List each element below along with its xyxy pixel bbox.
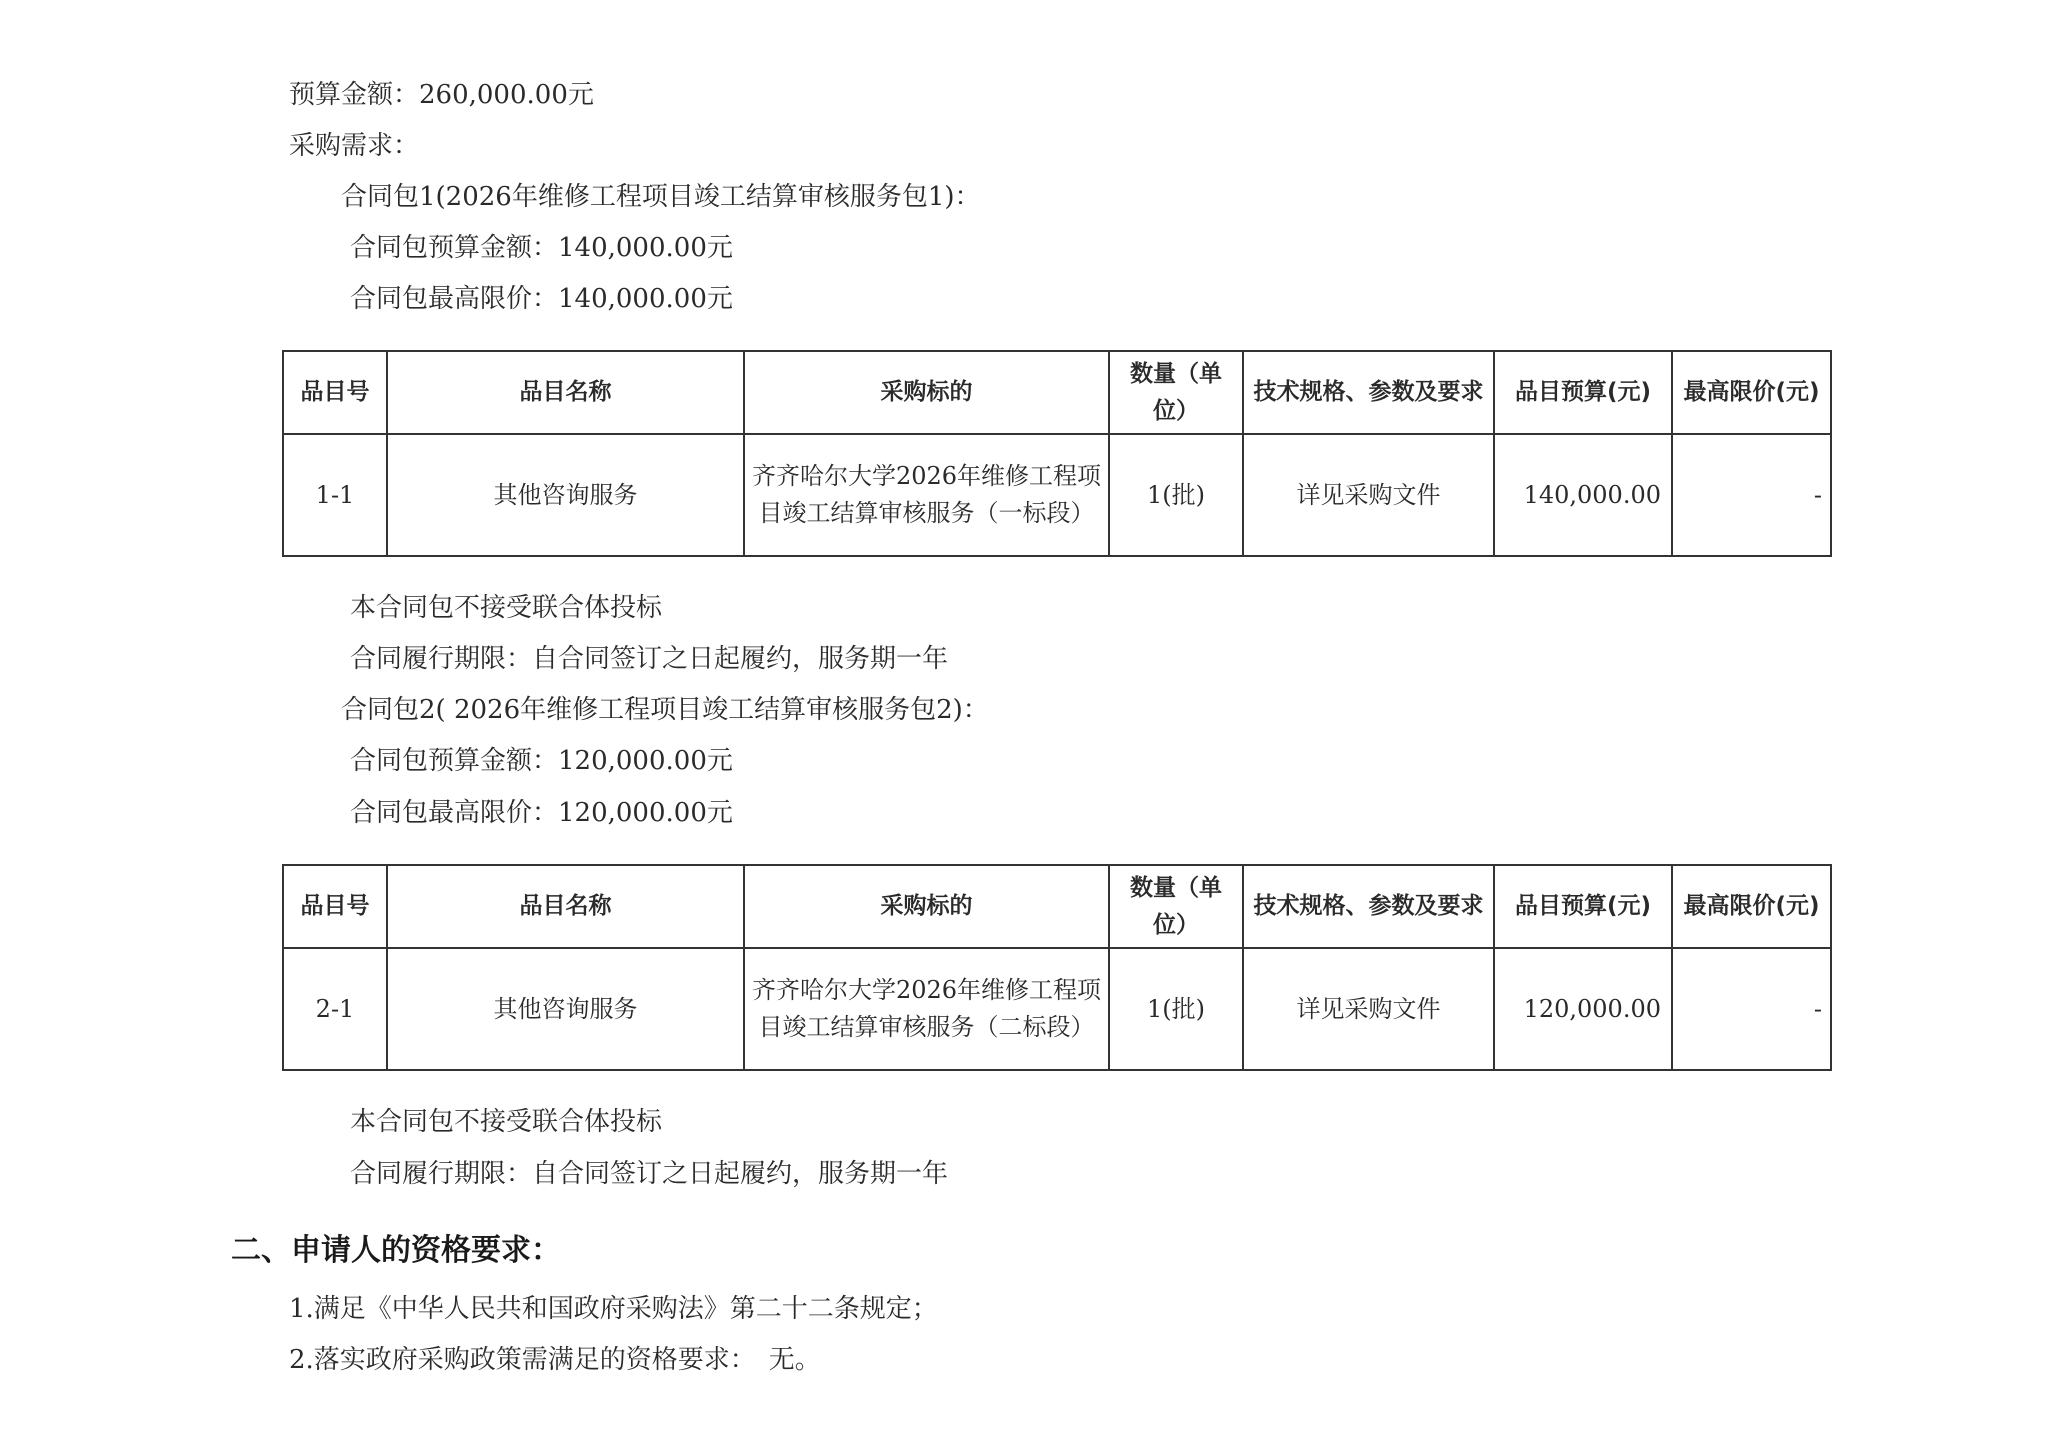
qualification-item-2: 2.落实政府采购政策需满足的资格要求： 无。: [289, 1343, 821, 1377]
header-item-name: 品目名称: [387, 865, 744, 948]
header-max-price: 最高限价(元): [1672, 351, 1831, 434]
package-1-budget: 合同包预算金额：140,000.00元: [350, 231, 733, 265]
package-2-items-table: 品目号 品目名称 采购标的 数量（单位） 技术规格、参数及要求 品目预算(元) …: [282, 864, 1832, 1071]
table-header-row: 品目号 品目名称 采购标的 数量（单位） 技术规格、参数及要求 品目预算(元) …: [283, 865, 1831, 948]
header-subject: 采购标的: [744, 351, 1109, 434]
cell-max-price: -: [1672, 434, 1831, 556]
table-header-row: 品目号 品目名称 采购标的 数量（单位） 技术规格、参数及要求 品目预算(元) …: [283, 351, 1831, 434]
cell-subject: 齐齐哈尔大学2026年维修工程项目竣工结算审核服务（二标段）: [744, 948, 1109, 1070]
table-row: 2-1 其他咨询服务 齐齐哈尔大学2026年维修工程项目竣工结算审核服务（二标段…: [283, 948, 1831, 1070]
header-item-no: 品目号: [283, 865, 387, 948]
header-spec: 技术规格、参数及要求: [1243, 865, 1494, 948]
package-1-title: 合同包1(2026年维修工程项目竣工结算审核服务包1)：: [341, 180, 981, 214]
section-2-heading: 二、申请人的资格要求：: [231, 1231, 561, 1271]
qualification-item-1: 1.满足《中华人民共和国政府采购法》第二十二条规定；: [289, 1292, 938, 1326]
header-max-price: 最高限价(元): [1672, 865, 1831, 948]
cell-item-name: 其他咨询服务: [387, 434, 744, 556]
cell-max-price: -: [1672, 948, 1831, 1070]
header-item-budget: 品目预算(元): [1494, 865, 1672, 948]
cell-quantity: 1(批): [1109, 434, 1243, 556]
header-item-budget: 品目预算(元): [1494, 351, 1672, 434]
package-1-term: 合同履行期限：自合同签订之日起履约，服务期一年: [350, 642, 948, 676]
package-2-term: 合同履行期限：自合同签订之日起履约，服务期一年: [350, 1157, 948, 1191]
cell-spec: 详见采购文件: [1243, 948, 1494, 1070]
cell-spec: 详见采购文件: [1243, 434, 1494, 556]
budget-total: 预算金额：260,000.00元: [289, 78, 594, 112]
header-subject: 采购标的: [744, 865, 1109, 948]
package-2-budget: 合同包预算金额：120,000.00元: [350, 744, 733, 778]
package-2-consortium-note: 本合同包不接受联合体投标: [350, 1105, 662, 1139]
header-spec: 技术规格、参数及要求: [1243, 351, 1494, 434]
table-row: 1-1 其他咨询服务 齐齐哈尔大学2026年维修工程项目竣工结算审核服务（一标段…: [283, 434, 1831, 556]
package-1-items-table: 品目号 品目名称 采购标的 数量（单位） 技术规格、参数及要求 品目预算(元) …: [282, 350, 1832, 557]
cell-item-budget: 120,000.00: [1494, 948, 1672, 1070]
header-quantity: 数量（单位）: [1109, 865, 1243, 948]
cell-item-budget: 140,000.00: [1494, 434, 1672, 556]
header-quantity: 数量（单位）: [1109, 351, 1243, 434]
cell-quantity: 1(批): [1109, 948, 1243, 1070]
header-item-name: 品目名称: [387, 351, 744, 434]
package-2-title: 合同包2( 2026年维修工程项目竣工结算审核服务包2)：: [341, 693, 989, 727]
package-2-max-price: 合同包最高限价：120,000.00元: [350, 796, 733, 830]
package-1-consortium-note: 本合同包不接受联合体投标: [350, 591, 662, 625]
cell-item-no: 2-1: [283, 948, 387, 1070]
package-1-max-price: 合同包最高限价：140,000.00元: [350, 282, 733, 316]
cell-subject: 齐齐哈尔大学2026年维修工程项目竣工结算审核服务（一标段）: [744, 434, 1109, 556]
requirements-label: 采购需求：: [289, 129, 419, 163]
cell-item-name: 其他咨询服务: [387, 948, 744, 1070]
cell-item-no: 1-1: [283, 434, 387, 556]
header-item-no: 品目号: [283, 351, 387, 434]
